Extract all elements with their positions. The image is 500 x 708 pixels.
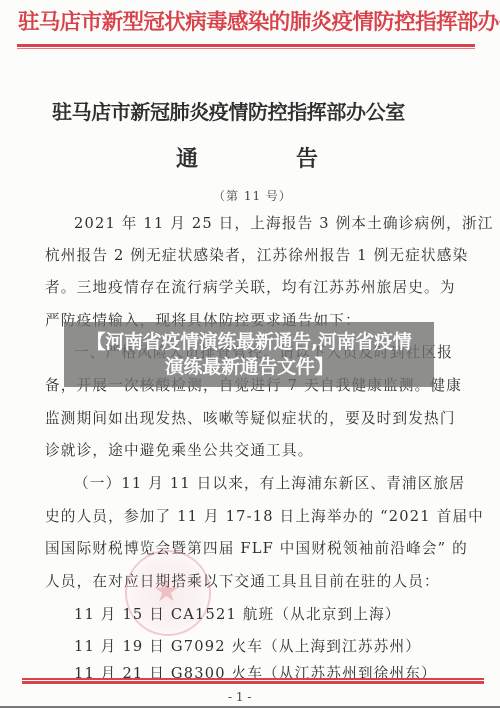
office-title: 驻马店市新冠肺炎疫情防控指挥部办公室 (52, 96, 452, 125)
trip-line: 11 月 15 日 CA1521 航班（从北京到上海） (74, 603, 401, 624)
letterhead-title: 驻马店市新型冠状病毒感染的肺炎疫情防控指挥部办公室 (18, 8, 480, 38)
body-line: 2021 年 11 月 25 日，上海报告 3 例本土确诊病例，浙江 (74, 212, 494, 233)
body-line: 国国际财税博览会暨第四届 FLF 中国财税领袖前沿峰会” 的 (45, 537, 468, 558)
letterhead-divider (17, 44, 475, 49)
body-line: 者。三地疫情存在流行病学关联，均有江苏苏州旅居史。为 (45, 276, 456, 297)
notice-number: （第 11 号） (213, 187, 292, 204)
banner-text: 【河南省疫情演练最新通告,河南省疫情演练最新通告文件】 (79, 330, 419, 380)
footer-divider (22, 678, 484, 684)
body-line: （一）11 月 11 日以来，有上海浦东新区、青浦区旅居 (74, 472, 465, 493)
body-line: 史的人员，参加了 11 月 17-18 日上海举办的 “2021 首届中 (45, 505, 484, 526)
notice-title-char-2: 告 (296, 142, 318, 173)
document-page: 驻马店市新型冠状病毒感染的肺炎疫情防控指挥部办公室 驻马店市新冠肺炎疫情防控指挥… (0, 0, 500, 708)
notice-title-char-1: 通 (176, 142, 198, 173)
trip-line: 11 月 19 日 G7092 火车（从上海到江苏苏州） (74, 635, 421, 656)
title-overlay-banner: 【河南省疫情演练最新通告,河南省疫情演练最新通告文件】 (64, 322, 434, 387)
body-line: 监测期间如出现发热、咳嗽等疑似症状的，要及时到发热门 (45, 407, 456, 428)
page-number: - 1 - (228, 690, 251, 704)
body-line: 杭州报告 2 例无症状感染者，江苏徐州报告 1 例无症状感染 (45, 244, 468, 265)
body-line: 诊就诊，途中避免乘坐公共交通工具。 (45, 439, 314, 460)
body-line: 人员，在对应日期搭乘以下交通工具且目前在驻的人员： (45, 570, 440, 591)
